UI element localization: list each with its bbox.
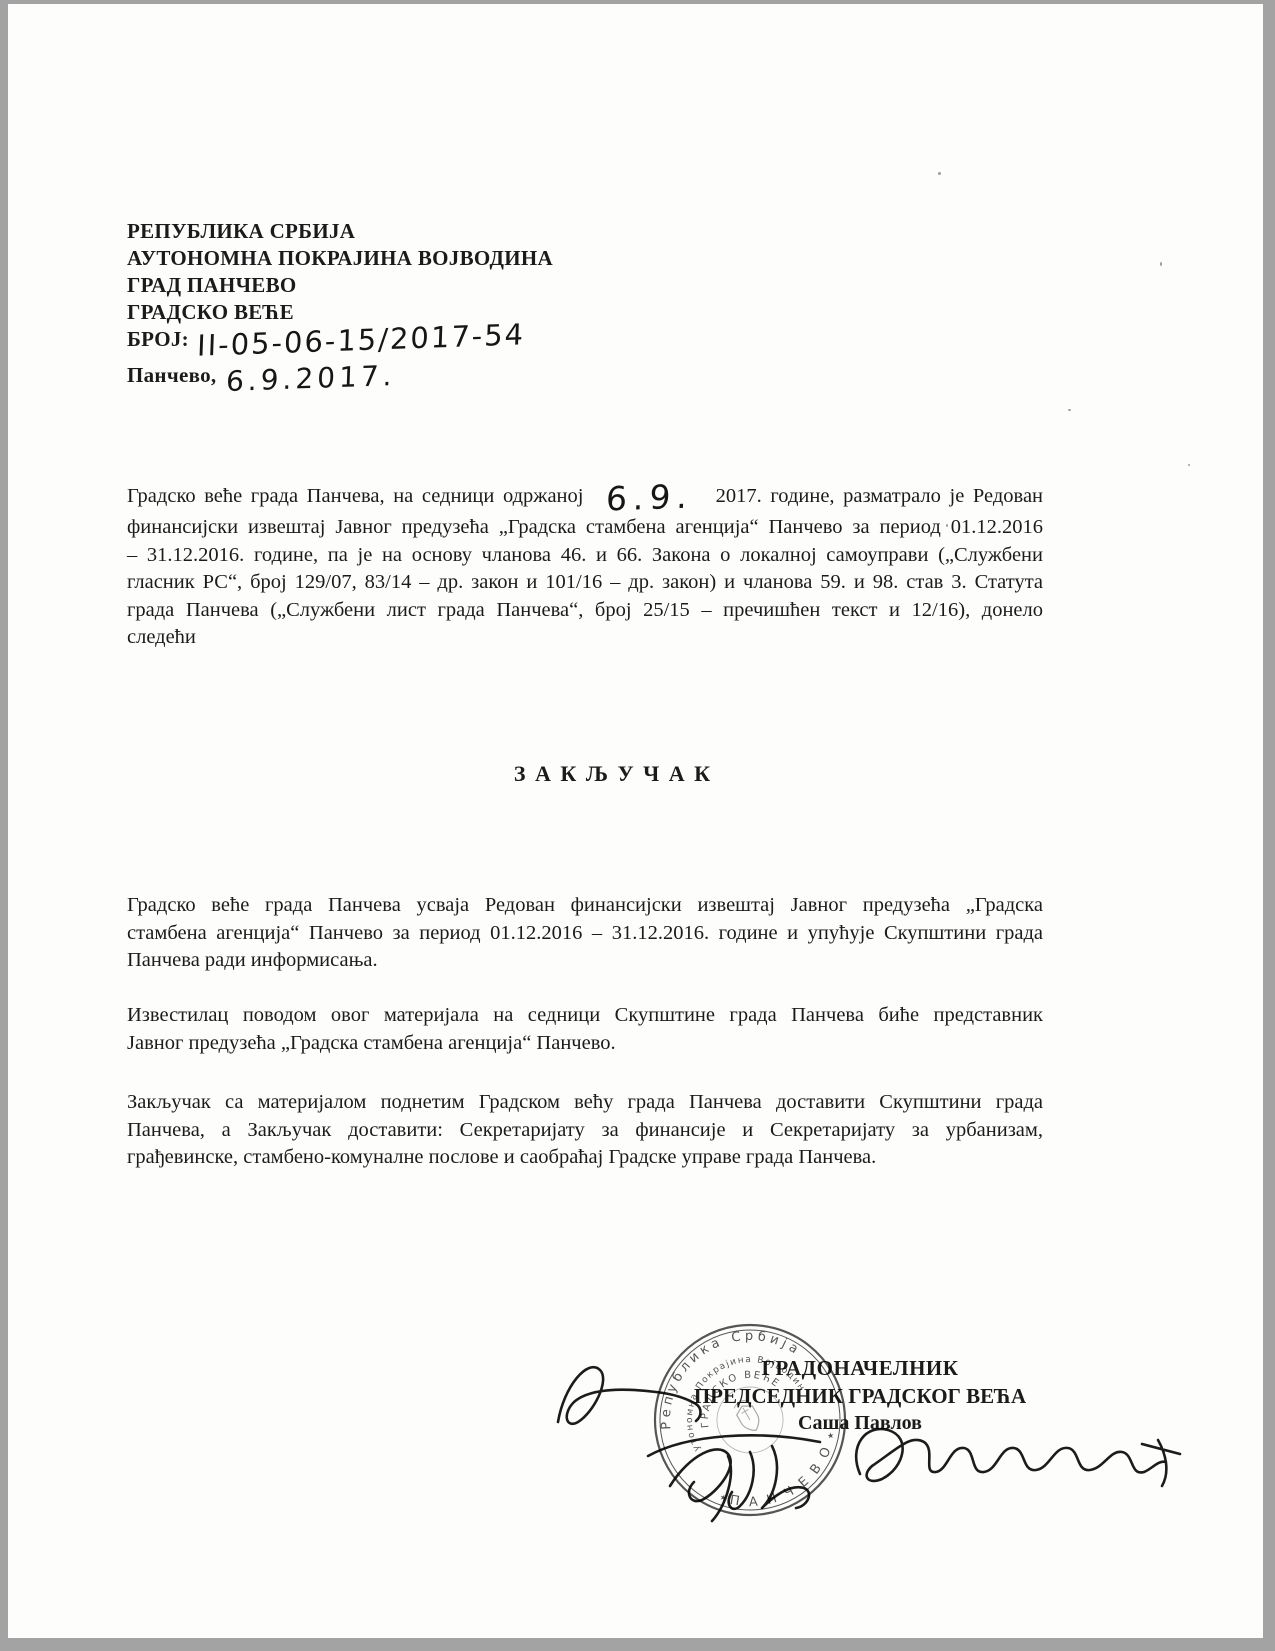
document-number-handwritten: II-05-06-15/2017-54 — [197, 320, 526, 361]
paragraph-izvestilac: Известилац поводом овог материјала на се… — [127, 1002, 1043, 1057]
doc-line: Градско веће града Панчева, на седници о… — [127, 481, 1043, 514]
doc-line: – 31.12.2016. године, па је на основу чл… — [127, 542, 1043, 570]
doc-line: Јавног предузећа „Градска стамбена агенц… — [127, 1030, 1043, 1058]
document-page: РЕПУБЛИКА СРБИЈА АУТОНОМНА ПОКРАЈИНА ВОЈ… — [8, 4, 1263, 1638]
scan-speck — [1068, 409, 1071, 411]
document-number-line: БРОЈ:II-05-06-15/2017-54 — [127, 326, 827, 362]
intro-rest-lines: финансијски извештај Јавног предузећа „Г… — [127, 514, 1043, 652]
doc-line: града Панчева („Службени лист града Панч… — [127, 597, 1043, 625]
doc-line: следећи — [127, 624, 1043, 652]
paragraph-usvaja: Градско веће града Панчева усваја Редова… — [127, 892, 1043, 975]
session-date-handwritten: 6.9. — [592, 479, 708, 516]
doc-line: Закључак са материјалом поднетим Градско… — [127, 1089, 1043, 1117]
place-date-line: Панчево,6.9.2017. — [127, 362, 827, 393]
document-number-label: БРОЈ: — [127, 327, 189, 351]
scan-speck — [1188, 464, 1190, 466]
paragraph-intro: Градско веће града Панчева, на седници о… — [127, 481, 1043, 652]
scanned-document: { "header": { "lines": [ "РЕПУБЛИКА СРБИ… — [0, 0, 1275, 1651]
scan-speck — [1160, 262, 1162, 266]
intro-before-date: Градско веће града Панчева, на седници о… — [127, 485, 583, 507]
paragraph-dostaviti: Закључак са материјалом поднетим Градско… — [127, 1089, 1043, 1172]
doc-line: стамбена агенција“ Панчево за период 01.… — [127, 920, 1043, 948]
main-signature — [856, 1429, 1180, 1486]
doc-line: грађевинске, стамбено-комуналне послове … — [127, 1144, 1043, 1172]
intro-after-date: 2017. године, разматрало је Редован — [716, 485, 1043, 507]
paraph-signature — [558, 1367, 701, 1424]
doc-line: гласник РС“, број 129/07, 83/14 – др. за… — [127, 569, 1043, 597]
document-title: З А К Љ У Ч А К — [155, 761, 1071, 787]
doc-line: Панчева ради информисања. — [127, 947, 1043, 975]
stamp-signature — [648, 1435, 820, 1521]
autographs-layer — [520, 1334, 1210, 1544]
letterhead-line-city: ГРАД ПАНЧЕВО — [127, 272, 827, 299]
doc-line: финансијски извештај Јавног предузећа „Г… — [127, 514, 1043, 542]
scan-speck — [938, 172, 941, 175]
doc-line: Известилац поводом овог материјала на се… — [127, 1002, 1043, 1030]
letterhead: РЕПУБЛИКА СРБИЈА АУТОНОМНА ПОКРАЈИНА ВОЈ… — [127, 218, 827, 393]
place-label: Панчево, — [127, 363, 216, 387]
doc-line: Панчева, а Закључак доставити: Секретари… — [127, 1117, 1043, 1145]
doc-line: Градско веће града Панчева усваја Редова… — [127, 892, 1043, 920]
letterhead-line-province: АУТОНОМНА ПОКРАЈИНА ВОЈВОДИНА — [127, 245, 827, 272]
letterhead-line-republic: РЕПУБЛИКА СРБИЈА — [127, 218, 827, 245]
date-handwritten: 6.9.2017. — [226, 362, 396, 396]
